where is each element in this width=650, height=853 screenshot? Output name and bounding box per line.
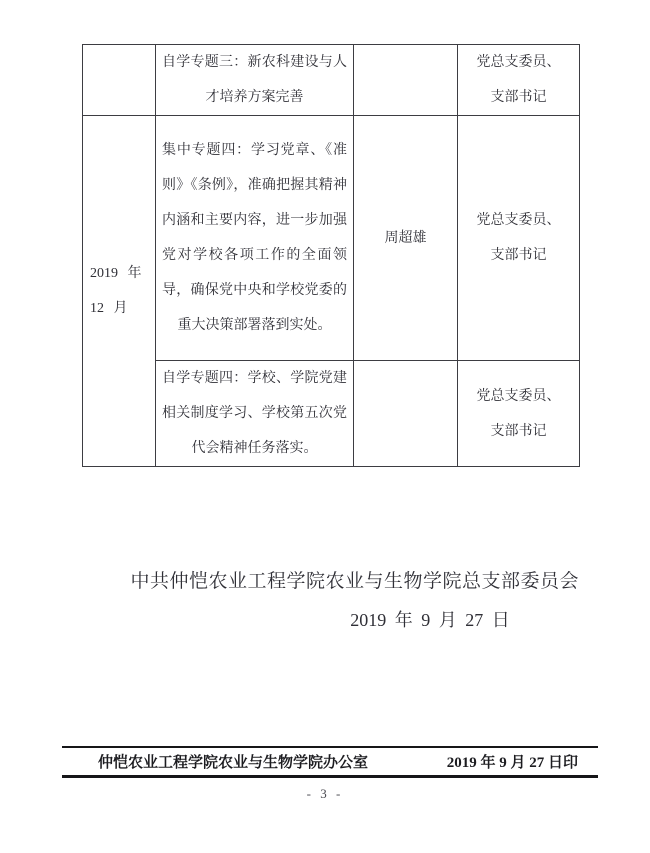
content-cell: 集中专题四：学习党章、《准则》《条例》，准确把握其精神内涵和主要内容，进一步加强… xyxy=(156,116,354,361)
date-cell xyxy=(83,45,156,116)
responsible-line: 党总支委员、 xyxy=(462,45,575,80)
footer-office: 仲恺农业工程学院农业与生物学院办公室 xyxy=(98,751,368,772)
date-cell: 2019 年 12 月 xyxy=(83,116,156,467)
name-cell: 周超雄 xyxy=(354,116,458,361)
content-cell: 自学专题三：新农科建设与人才培养方案完善 xyxy=(156,45,354,116)
responsible-line: 党总支委员、 xyxy=(462,203,575,238)
table-row: 自学专题四：学校、学院党建相关制度学习、学校第五次党代会精神任务落实。 党总支委… xyxy=(83,361,580,467)
footer-print-date: 2019 年 9 月 27 日印 xyxy=(447,751,578,772)
responsible-cell: 党总支委员、 支部书记 xyxy=(458,45,580,116)
responsible-cell: 党总支委员、 支部书记 xyxy=(458,361,580,467)
document-page: 自学专题三：新农科建设与人才培养方案完善 党总支委员、 支部书记 2019 年 … xyxy=(0,0,650,853)
signature-date: 2019 年 9 月 27 日 xyxy=(260,606,600,632)
responsible-line: 支部书记 xyxy=(462,238,575,273)
responsible-cell: 党总支委员、 支部书记 xyxy=(458,116,580,361)
schedule-table: 自学专题三：新农科建设与人才培养方案完善 党总支委员、 支部书记 2019 年 … xyxy=(82,44,580,467)
table-row: 2019 年 12 月 集中专题四：学习党章、《准则》《条例》，准确把握其精神内… xyxy=(83,116,580,361)
content-cell: 自学专题四：学校、学院党建相关制度学习、学校第五次党代会精神任务落实。 xyxy=(156,361,354,467)
table-row: 自学专题三：新农科建设与人才培养方案完善 党总支委员、 支部书记 xyxy=(83,45,580,116)
date-year: 2019 年 xyxy=(90,256,151,291)
page-number: - 3 - xyxy=(0,786,650,802)
responsible-line: 党总支委员、 xyxy=(462,379,575,414)
date-month: 12 月 xyxy=(90,291,151,326)
responsible-line: 支部书记 xyxy=(462,414,575,449)
signature-committee: 中共仲恺农业工程学院农业与生物学院总支部委员会 xyxy=(82,566,579,593)
responsible-line: 支部书记 xyxy=(462,80,575,115)
name-cell xyxy=(354,45,458,116)
footer-bar: 仲恺农业工程学院农业与生物学院办公室 2019 年 9 月 27 日印 xyxy=(62,746,598,778)
name-cell xyxy=(354,361,458,467)
